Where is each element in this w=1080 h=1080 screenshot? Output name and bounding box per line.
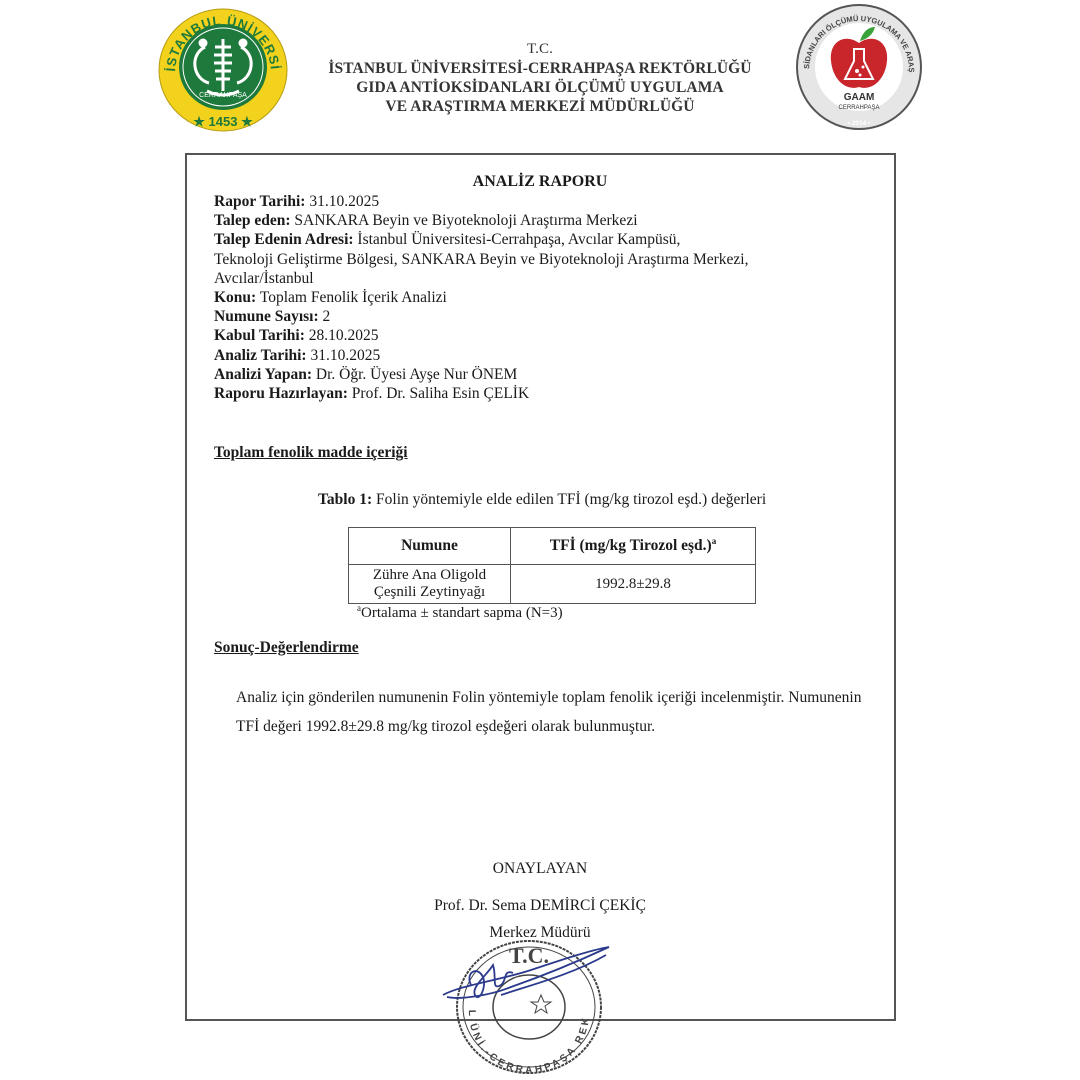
table-row: Zühre Ana Oligold Çeşnili Zeytinyağı 199…	[349, 565, 756, 604]
table-header-row: Numune TFİ (mg/kg Tirozol eşd.)a	[349, 528, 756, 565]
header-center-line2: VE ARAŞTIRMA MERKEZİ MÜDÜRLÜĞÜ	[280, 97, 800, 116]
field-requester: Talep eden: SANKARA Beyin ve Biyoteknolo…	[214, 211, 748, 230]
field-requester-address-line3: Avcılar/İstanbul	[214, 269, 748, 288]
svg-text:T.C.: T.C.	[509, 943, 549, 968]
field-report-date: Rapor Tarihi: 31.10.2025	[214, 192, 748, 211]
cell-sample-name: Zühre Ana Oligold Çeşnili Zeytinyağı	[349, 565, 511, 604]
field-prepared-by: Raporu Hazırlayan: Prof. Dr. Saliha Esin…	[214, 384, 748, 403]
header-rectorate: İSTANBUL ÜNİVERSİTESİ-CERRAHPAŞA REKTÖRL…	[280, 59, 800, 78]
svg-text:• 2014 •: • 2014 •	[848, 120, 871, 127]
approver-name: Prof. Dr. Sema DEMİRCİ ÇEKİÇ	[0, 897, 1080, 915]
report-metadata: Rapor Tarihi: 31.10.2025 Talep eden: SAN…	[214, 192, 748, 403]
report-title: ANALİZ RAPORU	[0, 173, 1080, 191]
header-center-line1: GIDA ANTİOKSİDANLARI ÖLÇÜMÜ UYGULAMA	[280, 78, 800, 97]
cell-tfi-value: 1992.8±29.8	[511, 565, 756, 604]
section-conclusion-heading: Sonuç-Değerlendirme	[214, 639, 359, 657]
svg-text:GAAM: GAAM	[844, 92, 875, 103]
field-sample-count: Numune Sayısı: 2	[214, 307, 748, 326]
field-requester-address-line2: Teknoloji Geliştirme Bölgesi, SANKARA Be…	[214, 250, 748, 269]
svg-text:★ 1453 ★: ★ 1453 ★	[193, 114, 253, 129]
table-footnote: aOrtalama ± standart sapma (N=3)	[357, 603, 563, 622]
gaam-logo: İ.Ü. GIDA ANTİOKSİDANLARI ÖLÇÜMÜ UYGULAM…	[795, 3, 923, 131]
field-analyst: Analizi Yapan: Dr. Öğr. Üyesi Ayşe Nur Ö…	[214, 365, 748, 384]
svg-text:CERRAHPAŞA: CERRAHPAŞA	[199, 92, 247, 99]
conclusion-paragraph: Analiz için gönderilen numunenin Folin y…	[236, 684, 896, 741]
field-acceptance-date: Kabul Tarihi: 28.10.2025	[214, 326, 748, 345]
header-tfi: TFİ (mg/kg Tirozol eşd.)a	[511, 528, 756, 565]
field-requester-address: Talep Edenin Adresi: İstanbul Üniversite…	[214, 230, 748, 249]
svg-text:CERRAHPAŞA: CERRAHPAŞA	[839, 105, 880, 111]
field-analysis-date: Analiz Tarihi: 31.10.2025	[214, 346, 748, 365]
section-total-phenolic-heading: Toplam fenolik madde içeriği	[214, 444, 408, 462]
header-sample: Numune	[349, 528, 511, 565]
institution-header: T.C. İSTANBUL ÜNİVERSİTESİ-CERRAHPAŞA RE…	[280, 40, 800, 116]
istanbul-university-logo: T.C. İSTANBUL ÜNİVERSİTESİ CERRAHPAŞA ★ …	[157, 7, 289, 133]
official-stamp: T.C. İSTANBUL ÜNİ.-CERRAHPAŞA REKTÖRLÜĞÜ	[441, 925, 616, 1075]
approval-label: ONAYLAYAN	[0, 860, 1080, 878]
table-caption: Tablo 1: Folin yöntemiyle elde edilen TF…	[318, 491, 766, 509]
field-subject: Konu: Toplam Fenolik İçerik Analizi	[214, 288, 748, 307]
results-table: Numune TFİ (mg/kg Tirozol eşd.)a Zühre A…	[348, 527, 756, 604]
header-tc: T.C.	[280, 40, 800, 59]
